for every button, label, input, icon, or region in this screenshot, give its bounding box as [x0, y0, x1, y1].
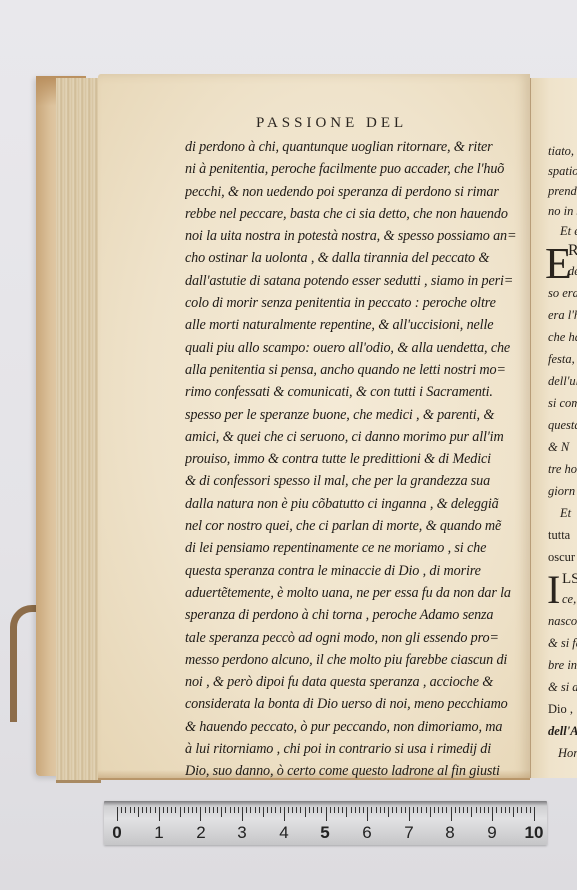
ruler-tick — [180, 807, 181, 817]
ruler-tick — [401, 807, 402, 813]
ruler-tick — [146, 807, 147, 813]
text-line: dalla natura non è piu cõbatutto ci inga… — [185, 493, 520, 515]
ruler-tick — [371, 807, 372, 813]
ruler-tick — [351, 807, 352, 813]
ruler-tick — [188, 807, 189, 813]
ruler-tick — [367, 807, 368, 821]
ruler-tick — [476, 807, 477, 813]
ruler-tick — [309, 807, 310, 813]
left-page-text: di perdono à chi, quantunque uoglian rit… — [185, 136, 520, 783]
ruler-tick — [484, 807, 485, 813]
ruler-tick — [296, 807, 297, 813]
ruler-label: 7 — [404, 823, 413, 843]
text-line: nascon — [548, 610, 577, 632]
ruler-tick — [534, 807, 535, 821]
ruler-tick — [121, 807, 122, 813]
ruler-tick — [526, 807, 527, 813]
drop-cap: I — [547, 570, 560, 610]
ruler-tick — [417, 807, 418, 813]
text-line: di perdono à chi, quantunque uoglian rit… — [185, 136, 520, 158]
text-line: considerata la bonta di Dio uerso di noi… — [185, 693, 520, 715]
ruler-tick — [388, 807, 389, 817]
text-line: cho ostinar la uolonta , & dalla tiranni… — [185, 247, 520, 269]
text-line: era l'ho — [548, 304, 577, 326]
ruler-label: 8 — [445, 823, 454, 843]
text-line: LS — [562, 568, 577, 590]
text-line: R — [568, 240, 577, 262]
ruler-tick — [338, 807, 339, 813]
ruler-label: 1 — [154, 823, 163, 843]
text-line: & N — [548, 436, 569, 458]
ruler-tick — [492, 807, 493, 821]
ruler-label: 3 — [237, 823, 246, 843]
running-head: PASSIONE DEL — [256, 115, 407, 132]
text-line: tutta — [548, 524, 570, 546]
ruler-tick — [130, 807, 131, 813]
text-line: festa, t — [548, 348, 577, 370]
ruler-tick — [209, 807, 210, 813]
ruler-tick — [221, 807, 222, 817]
text-line: rebbe nel peccare, basta che ci sia dett… — [185, 203, 520, 225]
text-line: si com — [548, 392, 577, 414]
ruler-tick — [217, 807, 218, 813]
ruler-tick — [413, 807, 414, 813]
ruler-tick — [155, 807, 156, 813]
ruler-tick — [205, 807, 206, 813]
ruler-tick — [426, 807, 427, 813]
text-line: ce, — [562, 588, 576, 610]
ruler-label: 6 — [362, 823, 371, 843]
ruler-tick — [330, 807, 331, 813]
ruler-tick — [501, 807, 502, 813]
ruler-label: 9 — [487, 823, 496, 843]
measurement-ruler: 0 1 2 3 4 5 6 7 8 9 10 — [104, 801, 547, 845]
ruler-tick — [213, 807, 214, 813]
ruler-tick — [225, 807, 226, 813]
text-line: pecchi, & non uedendo poi speranza di pe… — [185, 181, 520, 203]
ruler-tick — [192, 807, 193, 813]
ruler-tick — [292, 807, 293, 813]
ruler-tick — [200, 807, 201, 821]
ruler-tick — [380, 807, 381, 813]
text-line: aduertẽtemente, è molto uana, ne per ess… — [185, 582, 520, 604]
ruler-tick — [313, 807, 314, 813]
ruler-tick — [242, 807, 243, 821]
ruler-tick — [488, 807, 489, 813]
text-line: noi la uita nostra in potestà nostra, & … — [185, 225, 520, 247]
ruler-tick — [284, 807, 285, 821]
ruler-label: 0 — [112, 823, 121, 843]
ruler-tick — [184, 807, 185, 813]
ruler-tick — [446, 807, 447, 813]
binding-tie — [10, 605, 39, 722]
text-line: messo perdono alcuno, il che molto piu f… — [185, 649, 520, 671]
text-line: oscur — [548, 546, 575, 568]
ruler-tick — [280, 807, 281, 813]
ruler-tick — [342, 807, 343, 813]
text-line: che ha — [548, 326, 577, 348]
text-line: prouiso, immo & contra tutte le preditti… — [185, 448, 520, 470]
ruler-tick — [263, 807, 264, 817]
text-line: di lei pensiamo repentinamente ce ne mor… — [185, 537, 520, 559]
ruler-tick — [355, 807, 356, 813]
ruler-tick — [317, 807, 318, 813]
ruler-tick — [305, 807, 306, 817]
page-stack-edge — [56, 78, 101, 783]
text-line: de — [568, 260, 577, 282]
text-line: Et — [560, 502, 571, 524]
ruler-tick — [271, 807, 272, 813]
ruler-tick — [396, 807, 397, 813]
ruler-tick — [505, 807, 506, 813]
text-line: dell'A — [548, 720, 577, 742]
ruler-tick — [246, 807, 247, 813]
text-line: speranza di perdono à chi torna , peroch… — [185, 604, 520, 626]
ruler-tick — [451, 807, 452, 821]
ruler-tick — [409, 807, 410, 821]
ruler-tick — [321, 807, 322, 813]
text-line: Dio, suo danno, ò certo come questo ladr… — [185, 760, 520, 782]
ruler-label: 10 — [525, 823, 544, 843]
ruler-tick — [142, 807, 143, 813]
ruler-tick — [230, 807, 231, 813]
ruler-tick — [459, 807, 460, 813]
ruler-tick — [530, 807, 531, 813]
ruler-tick — [234, 807, 235, 813]
ruler-label: 5 — [320, 823, 329, 843]
ruler-tick — [521, 807, 522, 813]
text-line: giorn — [548, 480, 575, 502]
ruler-tick — [455, 807, 456, 813]
ruler-tick — [167, 807, 168, 813]
text-line: à lui ritorniamo , chi poi in contrario … — [185, 738, 520, 760]
text-line: dell'ult — [548, 370, 577, 392]
ruler-tick — [434, 807, 435, 813]
ruler-tick — [471, 807, 472, 817]
text-line: Hor — [558, 742, 577, 764]
ruler-tick — [480, 807, 481, 813]
ruler-tick — [442, 807, 443, 813]
ruler-tick — [438, 807, 439, 813]
text-line: & si a — [548, 676, 577, 698]
ruler-tick — [430, 807, 431, 817]
text-line: spatio — [548, 160, 577, 182]
ruler-tick — [517, 807, 518, 813]
ruler-tick — [513, 807, 514, 817]
text-line: & hauendo peccato, ò pur peccando, non d… — [185, 716, 520, 738]
text-line: alle morti naturalmente repentine, & all… — [185, 314, 520, 336]
text-line: tre ho — [548, 458, 577, 480]
text-line: quali piu allo scampo: ouero all'odio, &… — [185, 337, 520, 359]
ruler-tick — [463, 807, 464, 813]
ruler-label: 2 — [196, 823, 205, 843]
text-line: questa speranza contra le minaccie di Di… — [185, 560, 520, 582]
ruler-tick — [326, 807, 327, 821]
ruler-tick — [171, 807, 172, 813]
ruler-tick — [421, 807, 422, 813]
text-line: bre in — [548, 654, 577, 676]
text-line: alla penitentia si pensa, ancho quando n… — [185, 359, 520, 381]
text-line: amici, & quei che ci seruono, ci danno m… — [185, 426, 520, 448]
ruler-tick — [496, 807, 497, 813]
ruler-tick — [467, 807, 468, 813]
ruler-tick — [275, 807, 276, 813]
ruler-tick — [163, 807, 164, 813]
ruler-tick — [384, 807, 385, 813]
ruler-tick — [175, 807, 176, 813]
text-line: colo di morir senza penitentia in peccat… — [185, 292, 520, 314]
ruler-tick — [250, 807, 251, 813]
text-line: ni à penitentia, peroche facilmente puo … — [185, 158, 520, 180]
ruler-tick — [392, 807, 393, 813]
text-line: spesso per le speranze buone, che medici… — [185, 404, 520, 426]
ruler-tick — [509, 807, 510, 813]
ruler-tick — [288, 807, 289, 813]
ruler-tick — [138, 807, 139, 817]
ruler-tick — [159, 807, 160, 821]
ruler-tick — [117, 807, 118, 821]
ruler-tick — [134, 807, 135, 813]
text-line: rimo confessati & comunicati, & con tutt… — [185, 381, 520, 403]
ruler-tick — [125, 807, 126, 813]
ruler-label: 4 — [279, 823, 288, 843]
ruler-tick — [267, 807, 268, 813]
ruler-tick — [363, 807, 364, 813]
text-line: Dio , — [548, 698, 573, 720]
text-line: tiato, c — [548, 140, 577, 162]
ruler-tick — [405, 807, 406, 813]
text-line: dall'astutie di satana potendo esser sed… — [185, 270, 520, 292]
text-line: no in st — [548, 200, 577, 222]
text-line: so era — [548, 282, 577, 304]
ruler-tick — [255, 807, 256, 813]
ruler-tick — [334, 807, 335, 813]
text-line: & si fa — [548, 632, 577, 654]
text-line: prender — [548, 180, 577, 202]
text-line: tale speranza peccò ad ogni modo, non gl… — [185, 627, 520, 649]
ruler-tick — [376, 807, 377, 813]
ruler-tick — [346, 807, 347, 817]
ruler-tick — [359, 807, 360, 813]
text-line: questa — [548, 414, 577, 436]
ruler-tick — [300, 807, 301, 813]
ruler-tick — [150, 807, 151, 813]
book: PASSIONE DEL di perdono à chi, quantunqu… — [0, 0, 577, 800]
ruler-tick — [196, 807, 197, 813]
ruler-tick — [259, 807, 260, 813]
text-line: nel cor nostro quei, che ci parlan di mo… — [185, 515, 520, 537]
ruler-tick — [238, 807, 239, 813]
text-line: noi , & però dipoi fu data questa speran… — [185, 671, 520, 693]
text-line: & di confessori spesso il mal, che per l… — [185, 470, 520, 492]
